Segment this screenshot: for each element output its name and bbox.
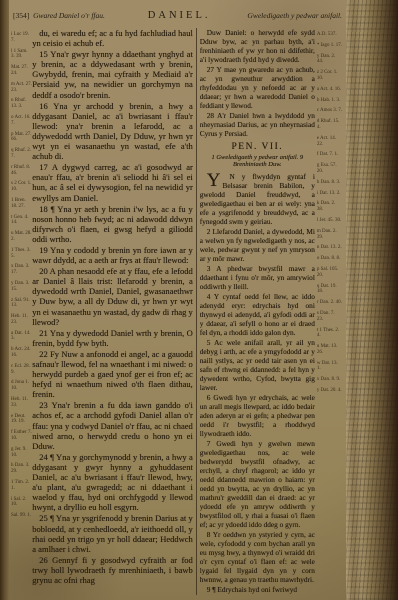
margin-note: z Sal. 91. 13. (11, 298, 32, 310)
verse: du, ei waredu ef; ac a fu hyd fachludiad… (32, 28, 193, 48)
verse: 17 A dygwyd carreg, ac a'i gosodwyd ar e… (32, 162, 193, 202)
margin-note: m Dan. 2. 39. (317, 229, 342, 241)
margin-note: c Amos 3. 7. (317, 108, 342, 114)
margin-note: g Jer. 9. 10. (11, 447, 32, 459)
chapter-heading: PEN. VII. (200, 143, 315, 152)
page-body: i Luc 19. 7.l 1 Sam. 3. 39.Mat. 27. 24.m… (11, 28, 342, 595)
margin-note: t 1 Thes. 2. 4. (317, 328, 342, 340)
margin-note: o Act. 16. 7. (11, 115, 32, 127)
verse: 21 Yna y dywedodd Daniel wrth y brenin, … (32, 328, 193, 348)
margin-note: i Sal. 2. 10. (11, 497, 32, 509)
margin-note: i Luc 19. 7. (11, 32, 32, 44)
margin-note: g Esa. 57. 20. (317, 163, 342, 175)
book-spine-edge (0, 0, 9, 600)
verse: 4 Y cyntaf oedd fel llew, ac iddo adenyd… (200, 292, 315, 337)
margin-note: b Hab. 1. 3. (317, 98, 342, 104)
verse: 7 Gwedi hyn y gwelwn mewn gweledigaethau… (200, 439, 315, 529)
verse: 2 Llefarodd Daniel, a dywedodd, Mi a wel… (200, 227, 315, 263)
margin-note: x Dan. 3. 17. (11, 264, 32, 276)
book-title: DANIEL. (148, 10, 211, 21)
facing-pages-edge (346, 0, 398, 600)
verse: 19 Yna y cododd y brenin yn fore iawn ar… (32, 245, 193, 265)
verse: 27 Y mae yn gwaredu ac yn achub, ac yn g… (200, 65, 315, 110)
margin-note: * Iago 1. 17. (317, 43, 342, 49)
margin-note: k Dan. 2. 38. (317, 201, 342, 213)
left-margin-notes: i Luc 19. 7.l 1 Sam. 3. 39.Mat. 27. 24.m… (11, 28, 32, 595)
verse: 16 Yna yr archodd y brenin, a hwy a ddyg… (32, 101, 193, 162)
margin-note: Heb. 11. 23. (11, 314, 32, 326)
margin-note: A.D. 537. (317, 32, 342, 38)
margin-note: q Dat. 19. 18. (317, 284, 342, 296)
verse: 5 Ac wele anifail arall, yr ail yn debyg… (200, 338, 315, 392)
margin-note: h Dan. 3. 29. (11, 463, 32, 475)
margin-note: a Act. 4. 16. (317, 87, 342, 93)
margin-note: p Mat. 27. 66. (11, 132, 32, 144)
chapter-summary: 1 Gweledigaeth y pedwar anifail. 9 Brenh… (200, 154, 315, 169)
verse: 28 A'r Daniel hwn a lwyddodd yn nheyrnas… (200, 111, 315, 138)
margin-note: h Dan. 8. 3. (317, 180, 342, 186)
margin-note: f Dat. 7. 1. (317, 152, 342, 158)
bible-page: [354] Gwared Daniel o'r ffau. DANIEL. Gw… (9, 0, 346, 600)
margin-note: s 2 Cor. 1. 10. (11, 181, 32, 193)
margin-note: r Rhuf. 8. 46. (11, 165, 32, 177)
margin-note: Heb. 11. 33. (11, 397, 32, 409)
margin-note: s Dan. 7. 23. (317, 311, 342, 323)
verse: YN y flwyddyn gyntaf i Belsasar brenin B… (200, 172, 315, 226)
verse: 25 ¶ Yna yr ysgrifenodd y brenin Darius … (32, 513, 193, 553)
chapter6-ending: Duw Daniel: o herwydd efe sydd Dduw byw,… (200, 28, 315, 138)
margin-note: n Dat. 13. 2. (317, 245, 342, 251)
page-header: [354] Gwared Daniel o'r ffau. DANIEL. Gw… (13, 10, 342, 21)
margin-note: c Ecl. 28. 9. (11, 364, 32, 376)
verse: 6 Gwedi hyn yr edrychais, ac wele un ara… (200, 393, 315, 438)
margin-note: e Act. 14. 22. (317, 136, 342, 148)
page-edge-highlight (346, 0, 352, 600)
verse: 8 Yr oeddwn yn ystyried y cyrn, ac wele,… (200, 530, 315, 584)
drop-cap: Y (200, 172, 223, 189)
margin-note: f Esther 7. 10. (11, 430, 32, 442)
margin-note: m Act. 27. 23. (11, 82, 32, 94)
verse: 15 Yna'r gwyr hynny a ddaethant ynghyd a… (32, 49, 193, 99)
verse: 18 ¶ Yna yr aeth y brenin i'w lys, ac a … (32, 204, 193, 244)
book-photo: [354] Gwared Daniel o'r ffau. DANIEL. Gw… (0, 0, 398, 600)
chapter7-verses: 2 Llefarodd Daniel, a dywedodd, Mi a wel… (200, 227, 315, 594)
margin-note: d Rhuf. 15. 4. (317, 119, 342, 131)
running-title-right: Gweledigaeth y pedwar anifail. (247, 11, 342, 20)
margin-note: r Dan. 2. 40. (317, 300, 342, 306)
margin-note: x Dan. 8. 9. (317, 377, 342, 383)
margin-note: y Dan. 2. 44. (317, 54, 342, 66)
header-left: [354] Gwared Daniel o'r ffau. (13, 11, 105, 20)
margin-note: 1 Thes. 3. 5. (11, 248, 32, 260)
right-text-column: Duw Daniel: o herwydd efe sydd Dduw byw,… (200, 28, 315, 595)
margin-note: n Rhuf. 13. 3. (11, 98, 32, 110)
margin-note: Sal. 99. 1. (11, 513, 32, 519)
verse: 9 ¶ Edrychais hyd oni fwriwyd (200, 585, 315, 594)
margin-note: p Sal. 105. 20. (317, 267, 342, 279)
margin-note: w Dat. 13. 1. (317, 361, 342, 373)
margin-note: q Rhuf. 2. 7. (11, 148, 32, 160)
margin-note: u Mat. 13. 26. (317, 344, 342, 356)
margin-note: l Jer. 45. 30. (317, 218, 342, 224)
margin-note: y Dan. 3. 15. (11, 281, 32, 293)
margin-note: l 1 Sam. 3. 39. (11, 49, 32, 61)
margin-note: u Mat. 28. 2. (11, 231, 32, 243)
margin-note: a Dat. 14. 3. (11, 331, 32, 343)
margin-note: y Dat. 20. 4. (317, 388, 342, 394)
margin-note: b Act. 24. 16. (11, 347, 32, 359)
left-text-column: du, ei waredu ef; ac a fu hyd fachludiad… (32, 28, 193, 595)
margin-note: e Deut. 19. 19. (11, 414, 32, 426)
margin-note: 1 Bren. 18. 27. (11, 198, 32, 210)
page-number: [354] (13, 11, 29, 20)
margin-note: i Dat. 13. 2. (317, 191, 342, 197)
verse: 20 A phan nesaodd efe at y ffau, efe a l… (32, 266, 193, 327)
running-title-left: Gwared Daniel o'r ffau. (33, 11, 105, 20)
verse: 26 Gennyf fi y gosodwyd cyfraith ar fod … (32, 555, 193, 585)
margin-note: d Jona 1. 10. (11, 380, 32, 392)
margin-note: o Dan. 8. 8. (317, 256, 342, 262)
margin-note: t Gen. 4. 14. (11, 215, 32, 227)
verse: 3 A phedwar bwystfil mawr a ddaethant i … (200, 264, 315, 291)
margin-note: 1 Tim. 2. 1. (11, 480, 32, 492)
verse: 24 ¶ Yna y gorchymynodd y brenin, a hwy … (32, 452, 193, 513)
column-divider-rule (196, 28, 197, 595)
margin-note: z 2 Cor. 1. 10. (317, 70, 342, 82)
verse: Duw Daniel: o herwydd efe sydd Dduw byw,… (200, 28, 315, 64)
verse: 22 Fy Nuw a anfonodd ei angel, ac a gauo… (32, 349, 193, 399)
verse: 23 Yna'r brenin a fu dda iawn ganddo o'i… (32, 400, 193, 450)
margin-note: Mat. 27. 24. (11, 65, 32, 77)
right-margin-notes: A.D. 537.* Iago 1. 17.y Dan. 2. 44.z 2 C… (315, 28, 342, 595)
